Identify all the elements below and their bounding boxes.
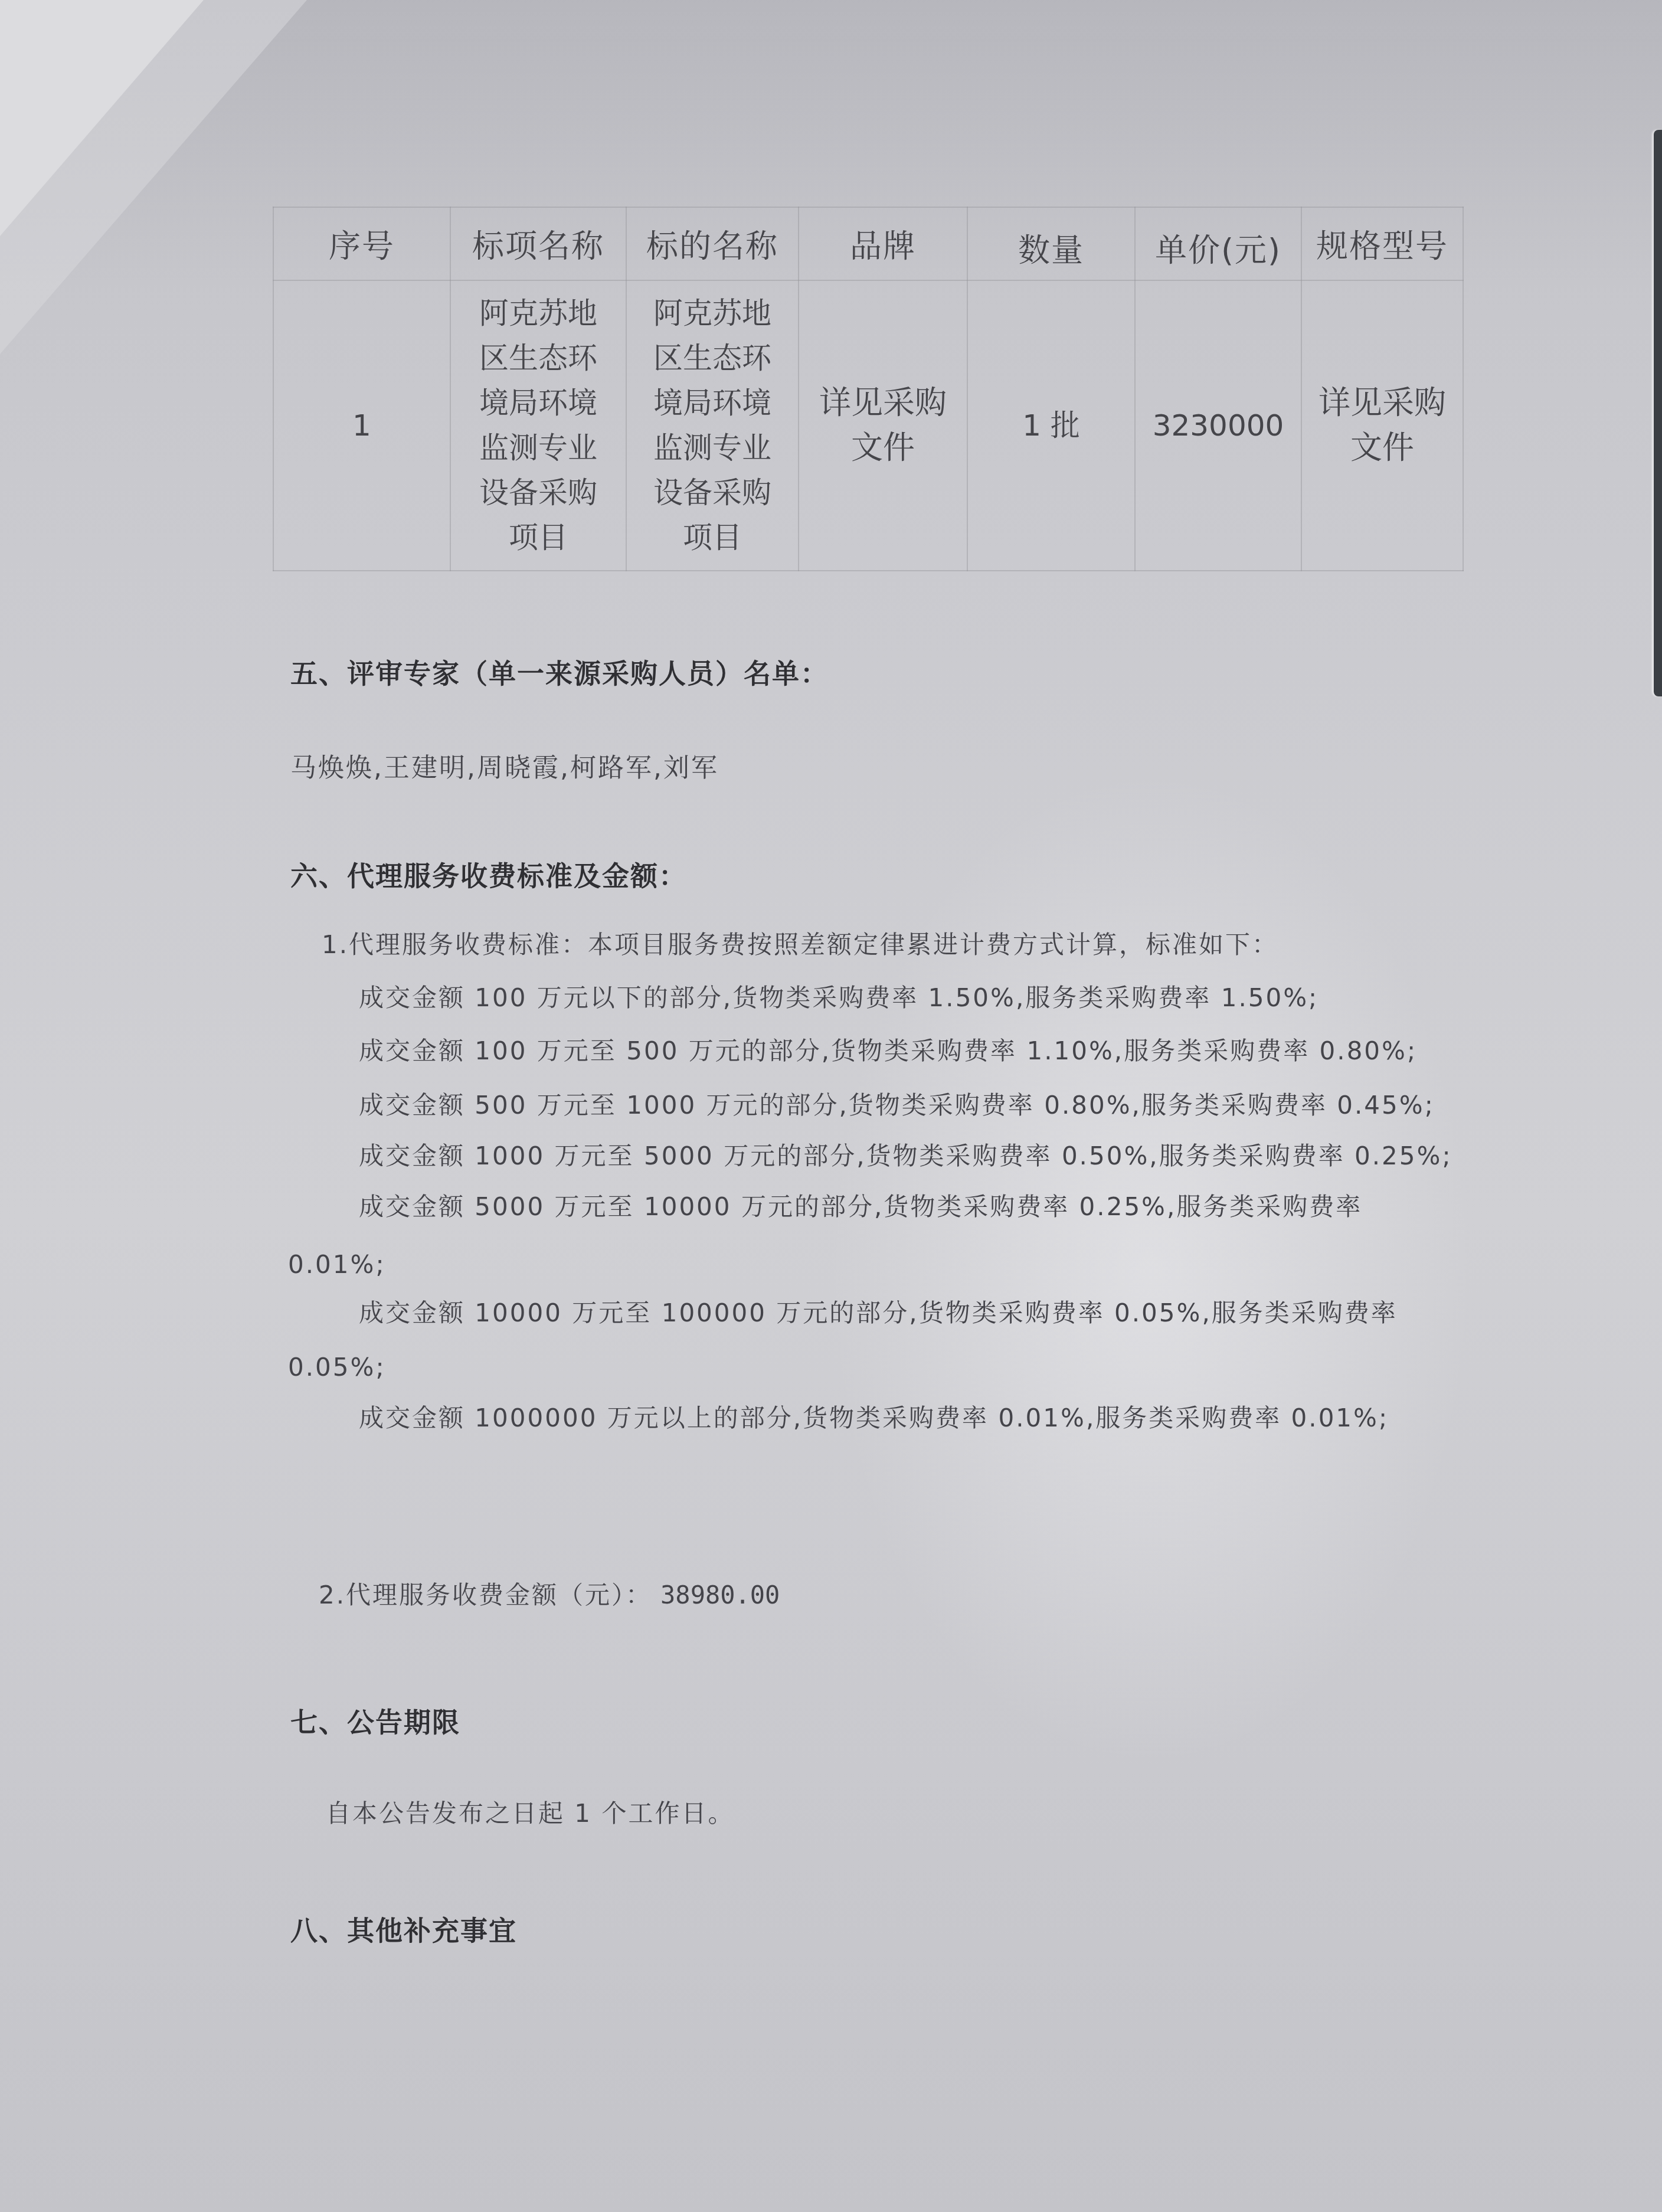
fee-standard-intro: 1.代理服务收费标准：本项目服务费按照差额定律累进计费方式计算，标准如下： xyxy=(322,925,1278,961)
rate-line-5: 成交金额 5000 万元至 10000 万元的部分,货物类采购费率 0.25%,… xyxy=(359,1187,1362,1223)
fee-amount-label: 2.代理服务收费金额（元）： xyxy=(319,1581,652,1609)
rate-line-3: 成交金额 500 万元至 1000 万元的部分,货物类采购费率 0.80%,服务… xyxy=(359,1086,1435,1121)
section6-heading: 六、代理服务收费标准及金额： xyxy=(290,855,687,894)
cell-spec: 详见采购 文件 xyxy=(1301,280,1463,571)
rate-line-6-cont: 0.05%; xyxy=(288,1353,386,1382)
rate-line-2: 成交金额 100 万元至 500 万元的部分,货物类采购费率 1.10%,服务类… xyxy=(359,1032,1417,1067)
light-reflection xyxy=(826,767,1475,1771)
header-item-name: 标项名称 xyxy=(450,207,626,280)
rate-line-6: 成交金额 10000 万元至 100000 万元的部分,货物类采购费率 0.05… xyxy=(359,1294,1398,1329)
header-brand: 品牌 xyxy=(799,207,967,280)
rate-line-4: 成交金额 1000 万元至 5000 万元的部分,货物类采购费率 0.50%,服… xyxy=(359,1137,1452,1172)
cell-item-name: 阿克苏地 区生态环 境局环境 监测专业 设备采购 项目 xyxy=(450,280,626,571)
table-header-row: 序号 标项名称 标的名称 品牌 数量 单价(元) 规格型号 xyxy=(273,207,1463,280)
cell-quantity: 1 批 xyxy=(967,280,1135,571)
rate-line-1: 成交金额 100 万元以下的部分,货物类采购费率 1.50%,服务类采购费率 1… xyxy=(359,979,1319,1014)
rate-line-7: 成交金额 1000000 万元以上的部分,货物类采购费率 0.01%,服务类采购… xyxy=(359,1399,1389,1434)
folded-corner xyxy=(0,0,204,236)
fee-amount-value: 38980.00 xyxy=(660,1581,780,1609)
header-subject-name: 标的名称 xyxy=(626,207,799,280)
fee-amount: 2.代理服务收费金额（元）：38980.00 xyxy=(319,1576,780,1611)
section8-heading: 八、其他补充事宜 xyxy=(290,1909,517,1948)
section7-heading: 七、公告期限 xyxy=(290,1701,460,1740)
cell-index: 1 xyxy=(273,280,450,571)
notice-period-text: 自本公告发布之日起 1 个工作日。 xyxy=(326,1794,734,1830)
header-spec: 规格型号 xyxy=(1301,207,1463,280)
header-quantity: 数量 xyxy=(967,207,1135,280)
cell-subject-name: 阿克苏地 区生态环 境局环境 监测专业 设备采购 项目 xyxy=(626,280,799,571)
section5-heading: 五、评审专家（单一来源采购人员）名单： xyxy=(290,652,829,691)
table-row: 1 阿克苏地 区生态环 境局环境 监测专业 设备采购 项目 阿克苏地 区生态环 … xyxy=(273,280,1463,571)
rate-line-5-cont: 0.01%; xyxy=(288,1250,386,1279)
cell-unit-price: 3230000 xyxy=(1135,280,1301,571)
header-index: 序号 xyxy=(273,207,450,280)
cell-brand: 详见采购 文件 xyxy=(799,280,967,571)
header-unit-price: 单价(元) xyxy=(1135,207,1301,280)
paper-edge-shadow xyxy=(1654,130,1662,696)
procurement-table: 序号 标项名称 标的名称 品牌 数量 单价(元) 规格型号 1 阿克苏地 区生态… xyxy=(273,207,1464,571)
expert-names: 马焕焕,王建明,周晓霞,柯路军,刘军 xyxy=(290,747,719,784)
